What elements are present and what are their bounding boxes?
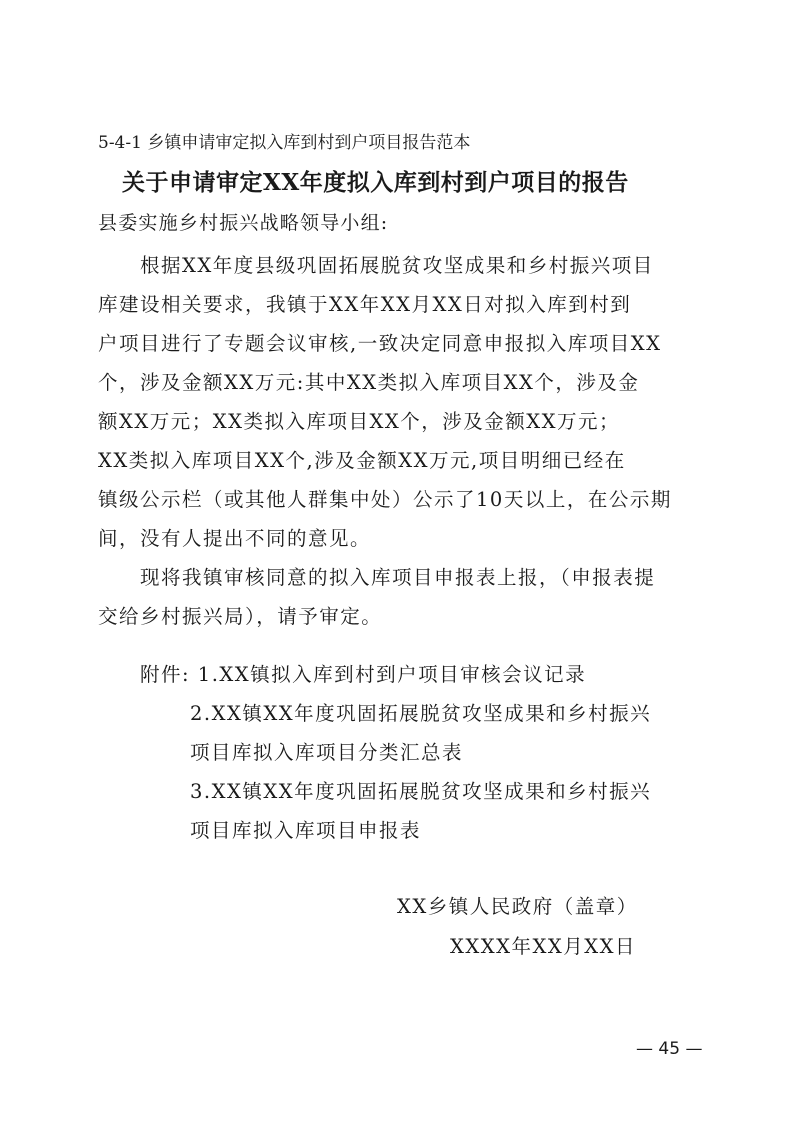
paragraph-line: XX类拟入库项目XX个,涉及金额XX万元,项目明细已经在 [98, 445, 626, 473]
attachment-item: 3.XX镇XX年度巩固拓展脱贫攻坚成果和乡村振兴 [190, 776, 651, 804]
attachment-item-cont: 项目库拟入库项目分类汇总表 [190, 737, 463, 765]
signature-date: XXXX年XX月XX日 [450, 931, 636, 959]
section-label: 5-4-1 乡镇申请审定拟入库到村到户项目报告范本 [98, 128, 470, 153]
attachments-label: 附件: [140, 663, 190, 686]
paragraph-line: 额XX万元；XX类拟入库项目XX个，涉及金额XX万元； [98, 406, 620, 434]
signature-organization: XX乡镇人民政府（盖章） [397, 891, 638, 919]
paragraph-line: 间，没有人提出不同的意见。 [98, 523, 371, 551]
paragraph-line: 个，涉及金额XX万元:其中XX类拟入库项目XX个，涉及金 [98, 367, 639, 395]
attachment-item: 2.XX镇XX年度巩固拓展脱贫攻坚成果和乡村振兴 [190, 698, 651, 726]
document-title: 关于申请审定XX年度拟入库到村到户项目的报告 [122, 164, 629, 197]
page-number: — 45 — [636, 1039, 702, 1059]
paragraph-line: 交给乡村振兴局），请予审定。 [98, 601, 382, 629]
attachment-item-cont: 项目库拟入库项目申报表 [190, 815, 421, 843]
attachments-row-1: 附件: 1.XX镇拟入库到村到户项目审核会议记录 [140, 659, 586, 687]
paragraph-line: 户项目进行了专题会议审核,一致决定同意申报拟入库项目XX [98, 328, 661, 356]
paragraph-line: 现将我镇审核同意的拟入库项目申报表上报，（申报表提 [140, 562, 655, 590]
paragraph-line: 库建设相关要求，我镇于XX年XX月XX日对拟入库到村到 [98, 289, 631, 317]
attachment-item: 1.XX镇拟入库到村到户项目审核会议记录 [198, 663, 586, 686]
paragraph-line: 镇级公示栏（或其他人群集中处）公示了10天以上，在公示期 [98, 484, 672, 512]
salutation: 县委实施乡村振兴战略领导小组: [98, 208, 388, 235]
paragraph-line: 根据XX年度县级巩固拓展脱贫攻坚成果和乡村振兴项目 [140, 250, 654, 278]
